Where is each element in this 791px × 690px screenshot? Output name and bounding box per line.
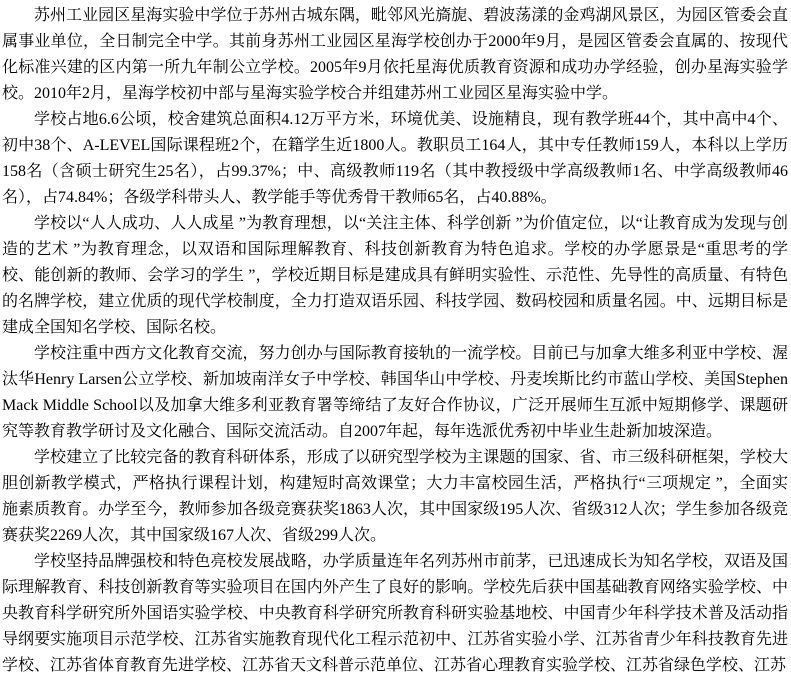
paragraph-international-exchange: 学校注重中西方文化教育交流，努力创办与国际教育接轨的一流学校。目前已与加拿大维多…: [2, 341, 788, 445]
document-page: { "colors": { "background": "#ffffff", "…: [0, 0, 791, 690]
paragraph-education-philosophy: 学校以“人人成功、人人成星 ”为教育理想，以“关注主体、科学创新 ”为价值定位，…: [2, 211, 788, 341]
document-body: 苏州工业园区星海实验中学位于苏州古城东隅，毗邻风光旖旎、碧波荡漾的金鸡湖风景区，…: [0, 0, 791, 690]
paragraph-honors-titles: 学校坚持品牌强校和特色亮校发展战略，办学质量连年名列苏州市前茅，已迅速成长为知名…: [2, 549, 788, 679]
paragraph-campus-staff-stats: 学校占地6.6公顷，校舍建筑总面积4.12万平方米，环境优美、设施精良，现有教学…: [2, 107, 788, 211]
paragraph-school-overview: 苏州工业园区星海实验中学位于苏州古城东隅，毗邻风光旖旎、碧波荡漾的金鸡湖风景区，…: [2, 3, 788, 107]
paragraph-research-awards: 学校建立了比较完备的教育科研体系，形成了以研究型学校为主课题的国家、省、市三级科…: [2, 445, 788, 549]
